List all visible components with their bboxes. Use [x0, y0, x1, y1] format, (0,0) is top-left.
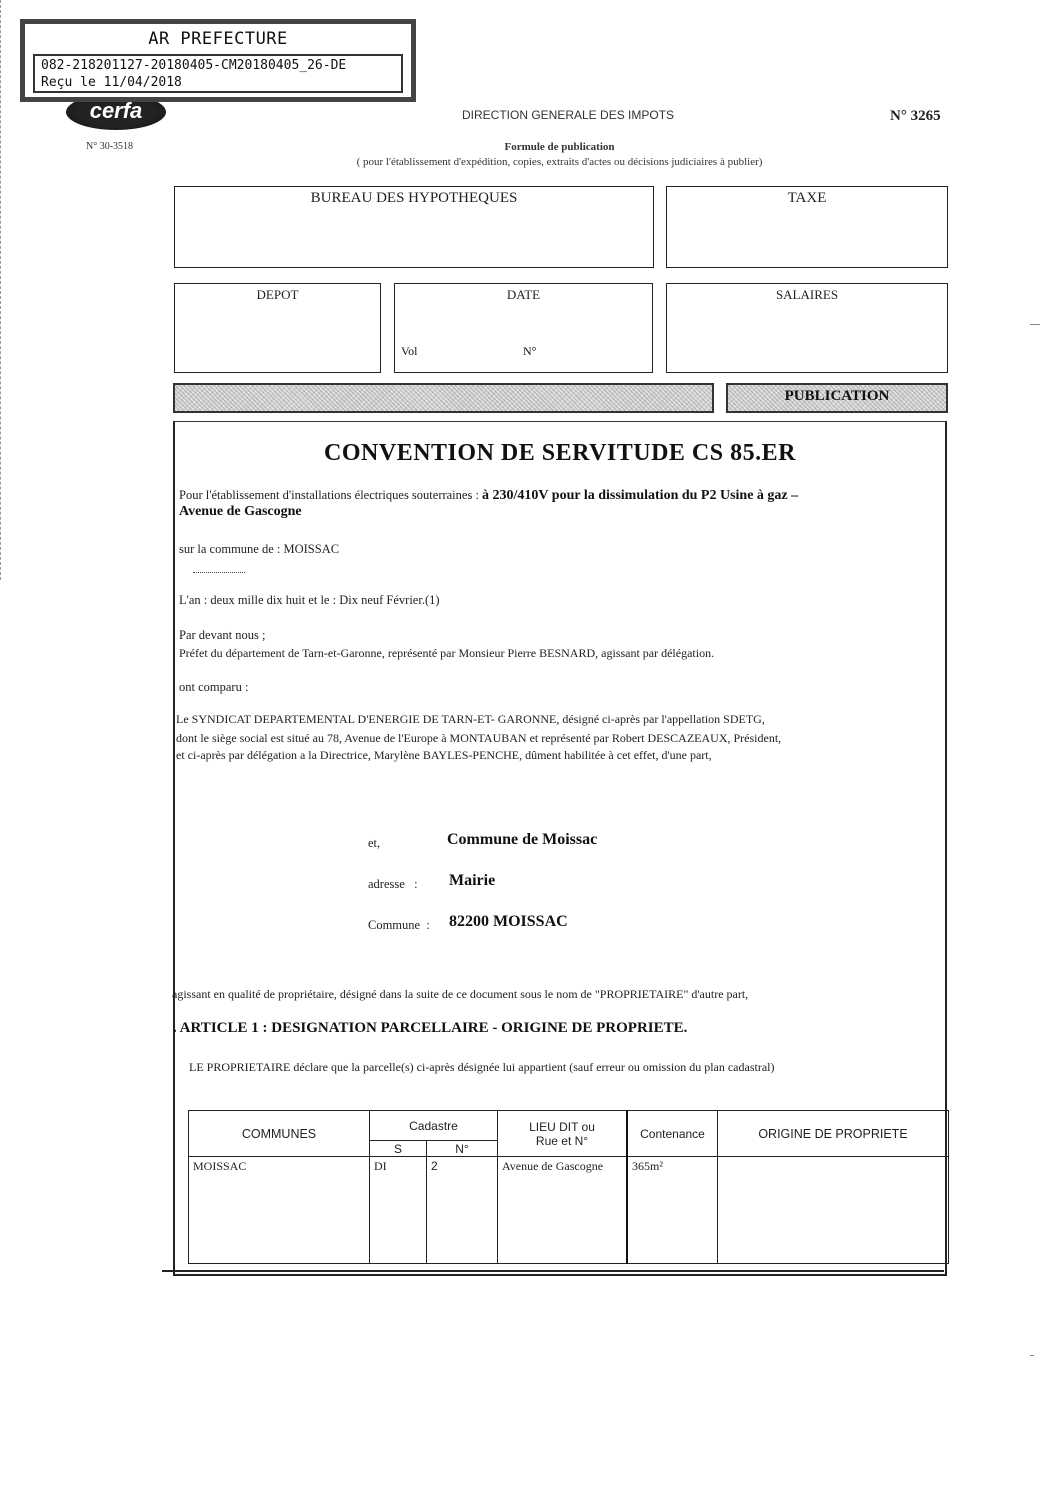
- separator-dash: [193, 572, 245, 573]
- authority-name: DIRECTION GENERALE DES IMPOTS: [462, 108, 674, 122]
- table-row: MOISSAC DI 2 Avenue de Gascogne 365m²: [189, 1157, 949, 1264]
- purpose-line-2: Avenue de Gascogne: [179, 504, 302, 520]
- header-lieu-dit: LIEU DIT ou Rue et N°: [498, 1111, 628, 1157]
- commune-line: sur la commune de : MOISSAC: [179, 542, 339, 557]
- cell-numero: 2: [427, 1157, 498, 1264]
- purpose-street: Avenue de Gascogne: [179, 504, 302, 519]
- publication-label: PUBLICATION: [728, 388, 946, 405]
- article-1-title: . ARTICLE 1 : DESIGNATION PARCELLAIRE - …: [173, 1020, 687, 1037]
- stamp-received-date: Reçu le 11/04/2018: [41, 74, 395, 91]
- formule-subtitle: ( pour l'établissement d'expédition, cop…: [0, 156, 1059, 168]
- salaires-box: SALAIRES: [666, 283, 948, 373]
- stamp-reference: 082-218201127-20180405-CM20180405_26-DE: [41, 57, 395, 74]
- salaires-label: SALAIRES: [667, 287, 947, 303]
- header-contenance: Contenance: [627, 1111, 718, 1157]
- publication-box: PUBLICATION: [726, 383, 948, 413]
- prefet-line: Préfet du département de Tarn-et-Garonne…: [179, 646, 714, 661]
- syndicat-line-1: Le SYNDICAT DEPARTEMENTAL D'ENERGIE DE T…: [176, 712, 765, 727]
- party-commune-value: 82200 MOISSAC: [449, 913, 568, 931]
- date-line: L'an : deux mille dix huit et le : Dix n…: [179, 593, 440, 608]
- adresse-label: adresse :: [368, 877, 418, 892]
- scan-edge: [0, 0, 4, 580]
- depot-label: DEPOT: [175, 287, 380, 303]
- syndicat-line-3: et ci-après par délégation a la Directri…: [176, 748, 712, 763]
- et-label: et,: [368, 836, 380, 851]
- stamp-details: 082-218201127-20180405-CM20180405_26-DE …: [33, 54, 403, 93]
- header-numero: N°: [427, 1141, 498, 1157]
- syndicat-line-2: dont le siège social est situé au 78, Av…: [176, 731, 781, 746]
- taxe-box: TAXE: [666, 186, 948, 268]
- header-lieu-dit-line-2: Rue et N°: [498, 1134, 626, 1148]
- bureau-label: BUREAU DES HYPOTHEQUES: [175, 190, 653, 207]
- cell-commune: MOISSAC: [189, 1157, 370, 1264]
- header-section: S: [370, 1141, 427, 1157]
- par-devant: Par devant nous ;: [179, 628, 265, 643]
- header-lieu-dit-line-1: LIEU DIT ou: [498, 1120, 626, 1134]
- date-label: DATE: [395, 287, 652, 303]
- cell-origine: [718, 1157, 949, 1264]
- cell-contenance: 365m²: [627, 1157, 718, 1264]
- numero-label: N°: [523, 344, 536, 359]
- header-communes: COMMUNES: [189, 1111, 370, 1157]
- date-box: DATE Vol N°: [394, 283, 653, 373]
- convention-title: CONVENTION DE SERVITUDE CS 85.ER: [173, 440, 947, 467]
- taxe-label: TAXE: [667, 190, 947, 207]
- margin-mark: [1030, 1355, 1034, 1356]
- vol-label: Vol: [401, 344, 417, 359]
- party-commune-label: Commune :: [368, 918, 430, 933]
- depot-box: DEPOT: [174, 283, 381, 373]
- article-1-intro: LE PROPRIETAIRE déclare que la parcelle(…: [189, 1060, 775, 1075]
- cell-section: DI: [370, 1157, 427, 1264]
- margin-mark: [1030, 324, 1040, 325]
- purpose-line-1: Pour l'établissement d'installations éle…: [179, 488, 798, 504]
- bureau-box: BUREAU DES HYPOTHEQUES: [174, 186, 654, 268]
- stamp-title: AR PREFECTURE: [25, 29, 411, 49]
- parcel-table: COMMUNES Cadastre LIEU DIT ou Rue et N° …: [188, 1110, 949, 1264]
- commune-label: sur la commune de :: [179, 542, 284, 556]
- shaded-bar: [173, 383, 714, 413]
- ont-comparu: ont comparu :: [179, 680, 248, 695]
- purpose-bold: à 230/410V pour la dissimulation du P2 U…: [482, 488, 798, 503]
- frame-bottom-line: [162, 1270, 944, 1272]
- agissant-line: agissant en qualité de propriétaire, dés…: [172, 987, 748, 1002]
- document-number: N° 3265: [890, 108, 941, 125]
- header-cadastre: Cadastre: [370, 1111, 498, 1141]
- cell-lieu-dit: Avenue de Gascogne: [498, 1157, 628, 1264]
- formule-title: Formule de publication: [0, 141, 1059, 153]
- purpose-prefix: Pour l'établissement d'installations éle…: [179, 488, 482, 502]
- adresse-value: Mairie: [449, 872, 495, 890]
- et-value: Commune de Moissac: [447, 831, 597, 849]
- prefecture-stamp: AR PREFECTURE 082-218201127-20180405-CM2…: [20, 19, 416, 102]
- header-origine: ORIGINE DE PROPRIETE: [718, 1111, 949, 1157]
- commune-value: MOISSAC: [284, 542, 340, 556]
